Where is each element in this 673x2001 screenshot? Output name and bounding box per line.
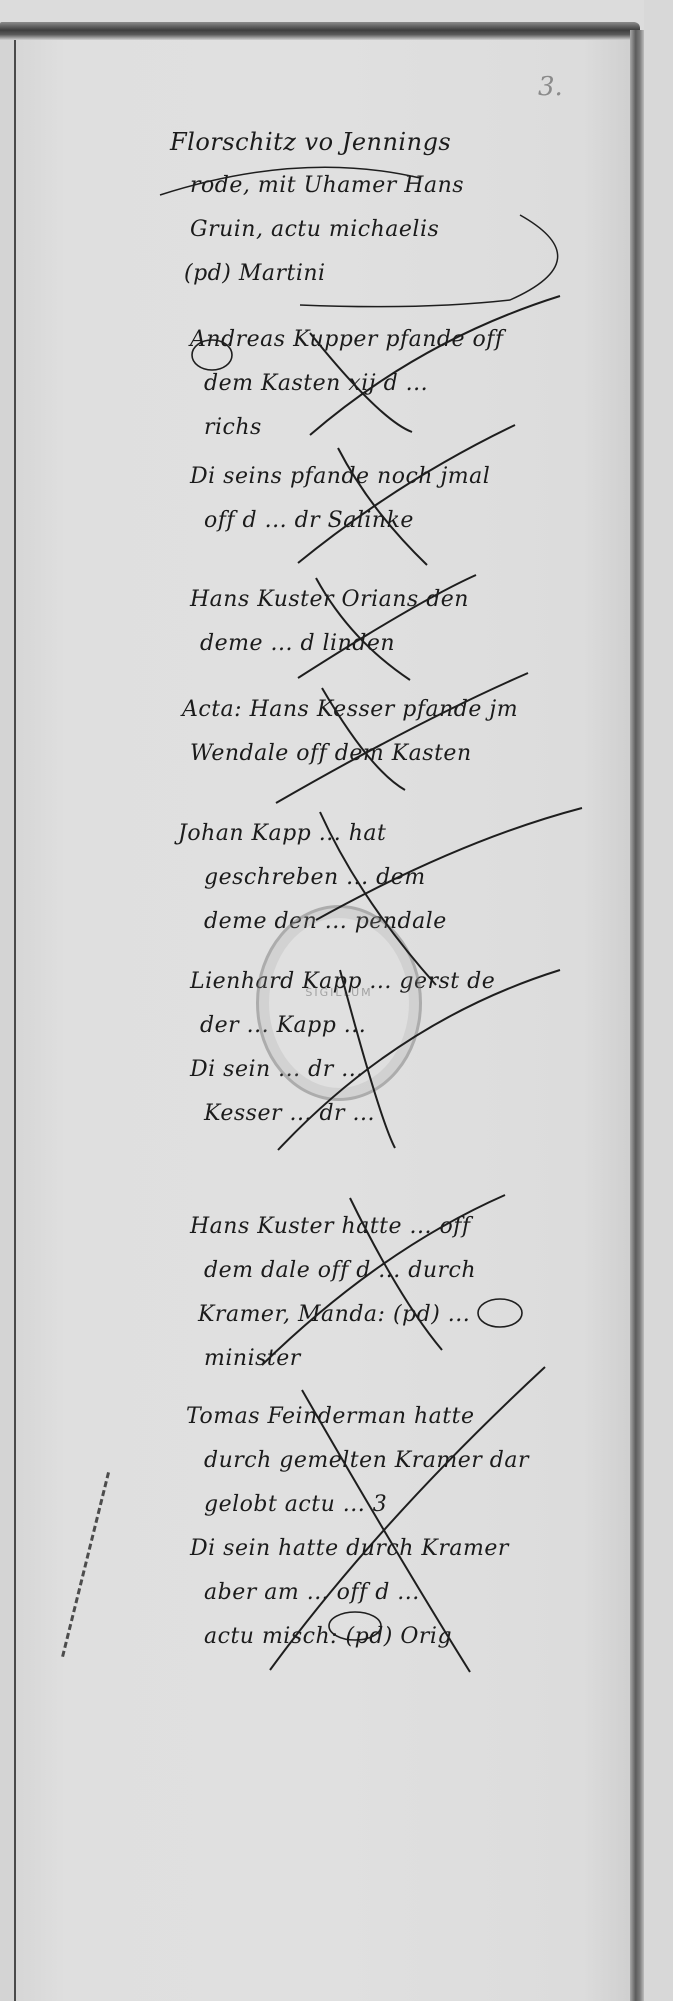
entry-line: deme den ... pendale	[204, 900, 620, 944]
entry-line: Andreas Kupper pfande off	[190, 318, 620, 362]
library-stamp: SIGILLUM	[256, 905, 422, 1101]
scan-background	[644, 0, 673, 2001]
entry-line: richs	[204, 406, 620, 450]
entry-line: Kesser ... dr ...	[204, 1092, 620, 1136]
page-top-edge	[0, 22, 640, 40]
entry-6: Johan Kapp ... hat geschreben ... dem de…	[190, 812, 620, 944]
entry-1: Florschitz vo Jennings rode, mit Uhamer …	[190, 120, 620, 296]
stamp-text: SIGILLUM	[259, 986, 419, 999]
entry-line: Gruin, actu michaelis	[190, 208, 620, 252]
folio-number: 3.	[538, 72, 563, 102]
entry-line: deme ... d linden	[200, 622, 620, 666]
entry-line: gelobt actu ... 3	[204, 1483, 620, 1527]
entry-line: Florschitz vo Jennings	[170, 120, 620, 164]
entry-line: minister	[204, 1337, 620, 1381]
entry-5: Acta: Hans Kesser pfande jm Wendale off …	[190, 688, 620, 776]
entry-line: actu misch: (pd) Orig	[204, 1615, 620, 1659]
entry-line: geschreben ... dem	[204, 856, 620, 900]
entry-line: Wendale off dem Kasten	[190, 732, 620, 776]
entry-line: aber am ... off d ...	[204, 1571, 620, 1615]
entry-line: Johan Kapp ... hat	[178, 812, 620, 856]
entry-line: Hans Kuster hatte ... off	[190, 1205, 620, 1249]
entry-line: off d ... dr Salinke	[204, 499, 620, 543]
entry-line: rode, mit Uhamer Hans	[190, 164, 620, 208]
entry-line: (pd) Martini	[184, 252, 620, 296]
entry-line: Hans Kuster Orians den	[190, 578, 620, 622]
entry-9: Tomas Feinderman hatte durch gemelten Kr…	[190, 1395, 620, 1659]
entry-line: Tomas Feinderman hatte	[186, 1395, 620, 1439]
scanned-manuscript: 3. Florschitz vo Jennings rode, mit Uham…	[0, 0, 673, 2001]
entry-line: Di seins pfande noch jmal	[190, 455, 620, 499]
entry-line: Acta: Hans Kesser pfande jm	[182, 688, 620, 732]
page-fore-edge	[630, 30, 644, 2001]
entry-line: durch gemelten Kramer dar	[204, 1439, 620, 1483]
entry-8: Hans Kuster hatte ... off dem dale off d…	[190, 1205, 620, 1381]
entry-3: Di seins pfande noch jmal off d ... dr S…	[190, 455, 620, 543]
entry-line: Di sein hatte durch Kramer	[190, 1527, 620, 1571]
entry-line: Kramer, Manda: (pd) ...	[198, 1293, 620, 1337]
entry-line: dem dale off d ... durch	[204, 1249, 620, 1293]
entry-line: dem Kasten xij d ...	[204, 362, 620, 406]
facing-page-edge	[0, 40, 16, 2001]
entry-4: Hans Kuster Orians den deme ... d linden	[190, 578, 620, 666]
entry-2: Andreas Kupper pfande off dem Kasten xij…	[190, 318, 620, 450]
